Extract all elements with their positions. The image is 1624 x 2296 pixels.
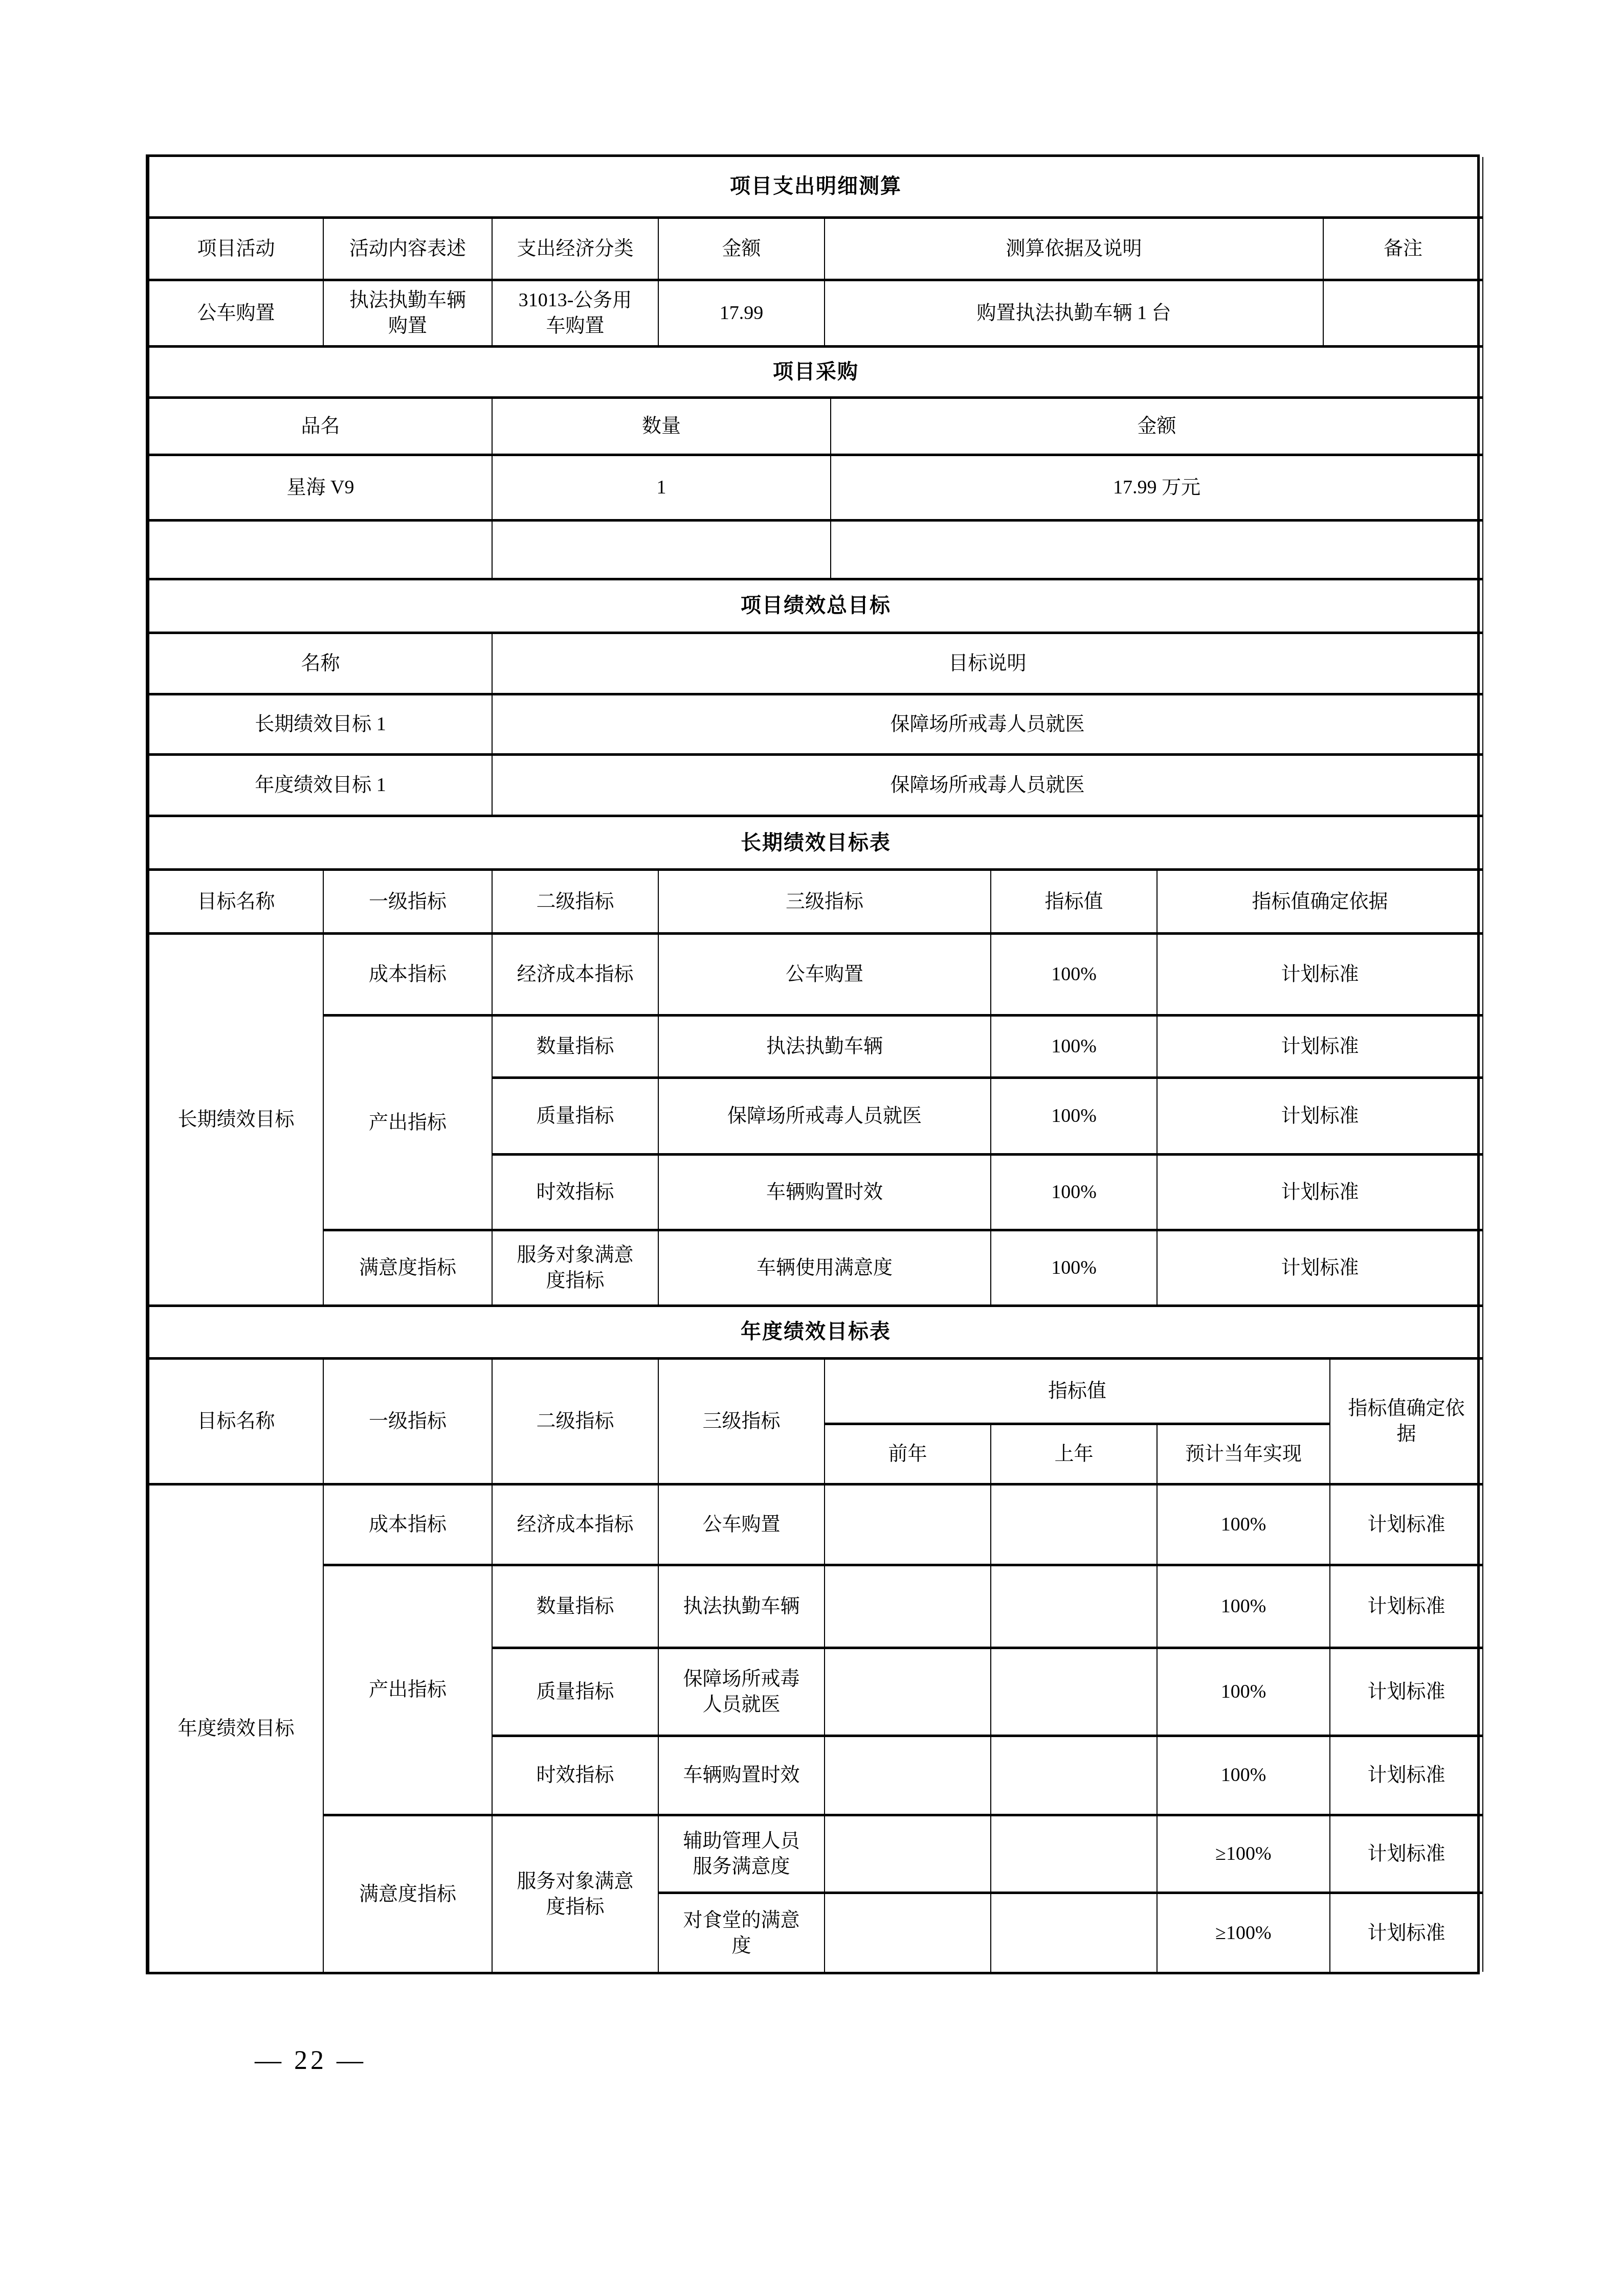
header-cell-year-before-last: 前年: [825, 1424, 991, 1484]
cell-year-before-last: [825, 1815, 991, 1893]
cell-level1: 成本指标: [323, 1484, 492, 1565]
budget-tables: 项目支出明细测算 项目活动 活动内容表述 支出经济分类 金额 测算依据及说明 备…: [146, 154, 1480, 1974]
cell-level2: 质量指标: [492, 1078, 658, 1155]
cell-value-basis: 计划标准: [1330, 1565, 1483, 1648]
cell-level3: 执法执勤车辆: [658, 1565, 825, 1648]
header-cell-amount: 金额: [658, 217, 825, 280]
cell-level3: 保障场所戒毒人员就医: [658, 1078, 991, 1155]
table-row: 年度绩效目标 1 保障场所戒毒人员就医: [149, 754, 1483, 815]
cell-level2: 服务对象满意 度指标: [492, 1230, 658, 1304]
cell-level1: 产出指标: [323, 1565, 492, 1815]
cell-level1: 成本指标: [323, 934, 492, 1016]
cell-item-name: [149, 521, 492, 578]
header-cell-item-name: 品名: [149, 398, 492, 455]
header-cell-value: 指标值: [991, 870, 1157, 934]
cell-last-year: [991, 1484, 1157, 1565]
table-row: 长期绩效目标 1 保障场所戒毒人员就医: [149, 694, 1483, 754]
overall-goal-table-title: 项目绩效总目标: [149, 579, 1483, 633]
header-cell-expected-current: 预计当年实现: [1157, 1424, 1330, 1484]
header-cell-goal-name: 目标名称: [149, 1358, 323, 1484]
cell-expected-current: ≥100%: [1157, 1815, 1330, 1893]
header-cell-level3: 三级指标: [658, 870, 991, 934]
cell-value-basis: 计划标准: [1330, 1815, 1483, 1893]
cell-amount: [831, 521, 1483, 578]
table-row: 产出指标 数量指标 执法执勤车辆 100% 计划标准: [149, 1016, 1483, 1078]
table-row-empty: [149, 521, 1483, 578]
cell-level3: 保障场所戒毒 人员就医: [658, 1648, 825, 1736]
cell-level1: 满意度指标: [323, 1230, 492, 1304]
cell-level3: 对食堂的满意 度: [658, 1893, 825, 1972]
table-row: 星海 V9 1 17.99 万元: [149, 455, 1483, 521]
cell-level2: 时效指标: [492, 1155, 658, 1230]
header-cell-name: 名称: [149, 633, 492, 694]
cell-level3: 公车购置: [658, 1484, 825, 1565]
cell-last-year: [991, 1736, 1157, 1815]
cell-value-basis: 计划标准: [1330, 1736, 1483, 1815]
header-cell-level3: 三级指标: [658, 1358, 825, 1484]
cell-value-basis: 计划标准: [1157, 1016, 1483, 1078]
overall-goal-table: 项目绩效总目标 名称 目标说明 长期绩效目标 1 保障场所戒毒人员就医 年度绩效…: [148, 578, 1483, 815]
cell-level3: 车辆购置时效: [658, 1155, 991, 1230]
cell-level3: 辅助管理人员 服务满意度: [658, 1815, 825, 1893]
cell-quantity: 1: [492, 455, 831, 521]
cell-amount: 17.99: [658, 280, 825, 345]
cell-expected-current: 100%: [1157, 1565, 1330, 1648]
header-cell-content: 活动内容表述: [323, 217, 492, 280]
cell-goal-desc: 保障场所戒毒人员就医: [492, 694, 1483, 754]
header-cell-goal-desc: 目标说明: [492, 633, 1483, 694]
header-cell-goal-name: 目标名称: [149, 870, 323, 934]
cell-value: 100%: [991, 1230, 1157, 1304]
cell-value-basis: 计划标准: [1157, 1078, 1483, 1155]
cell-year-before-last: [825, 1484, 991, 1565]
procurement-table: 项目采购 品名 数量 金额 星海 V9 1 17.99 万元: [148, 345, 1483, 578]
cell-year-before-last: [825, 1893, 991, 1972]
header-cell-note: 备注: [1323, 217, 1483, 280]
cell-goal-name: 年度绩效目标: [149, 1484, 323, 1972]
cell-year-before-last: [825, 1736, 991, 1815]
cell-value-basis: 计划标准: [1157, 934, 1483, 1016]
cell-expected-current: 100%: [1157, 1736, 1330, 1815]
longterm-table-title: 长期绩效目标表: [149, 816, 1483, 870]
cell-level2: 服务对象满意 度指标: [492, 1815, 658, 1972]
cell-value-basis: 计划标准: [1330, 1484, 1483, 1565]
document-page: 项目支出明细测算 项目活动 活动内容表述 支出经济分类 金额 测算依据及说明 备…: [0, 0, 1624, 2296]
cell-goal-desc: 保障场所戒毒人员就医: [492, 754, 1483, 815]
cell-econ-class: 31013-公务用 车购置: [492, 280, 658, 345]
cell-last-year: [991, 1815, 1157, 1893]
cell-amount: 17.99 万元: [831, 455, 1483, 521]
table-row: 年度绩效目标 成本指标 经济成本指标 公车购置 100% 计划标准: [149, 1484, 1483, 1565]
cell-value: 100%: [991, 1016, 1157, 1078]
expense-detail-table: 项目支出明细测算 项目活动 活动内容表述 支出经济分类 金额 测算依据及说明 备…: [148, 157, 1483, 345]
annual-goal-table: 年度绩效目标表 目标名称 一级指标 二级指标 三级指标 指标值 指标值确定依 据…: [148, 1304, 1483, 1972]
cell-value-basis: 计划标准: [1157, 1155, 1483, 1230]
header-cell-last-year: 上年: [991, 1424, 1157, 1484]
cell-quantity: [492, 521, 831, 578]
table-row: 长期绩效目标 成本指标 经济成本指标 公车购置 100% 计划标准: [149, 934, 1483, 1016]
cell-item-name: 星海 V9: [149, 455, 492, 521]
header-cell-value-group: 指标值: [825, 1358, 1330, 1424]
cell-level2: 数量指标: [492, 1565, 658, 1648]
header-cell-value-basis: 指标值确定依据: [1157, 870, 1483, 934]
annual-table-title: 年度绩效目标表: [149, 1305, 1483, 1358]
expense-table-title: 项目支出明细测算: [149, 157, 1483, 217]
cell-content: 执法执勤车辆 购置: [323, 280, 492, 345]
cell-level3: 公车购置: [658, 934, 991, 1016]
cell-expected-current: ≥100%: [1157, 1893, 1330, 1972]
header-cell-value-basis: 指标值确定依 据: [1330, 1358, 1483, 1484]
cell-level1: 产出指标: [323, 1016, 492, 1230]
header-cell-level1: 一级指标: [323, 1358, 492, 1484]
page-number: — 22 —: [255, 2045, 366, 2076]
cell-level1: 满意度指标: [323, 1815, 492, 1972]
cell-level2: 数量指标: [492, 1016, 658, 1078]
cell-level3: 执法执勤车辆: [658, 1016, 991, 1078]
cell-value-basis: 计划标准: [1157, 1230, 1483, 1304]
cell-level3: 车辆购置时效: [658, 1736, 825, 1815]
cell-year-before-last: [825, 1565, 991, 1648]
table-row: 公车购置 执法执勤车辆 购置 31013-公务用 车购置 17.99 购置执法执…: [149, 280, 1483, 345]
cell-note: [1323, 280, 1483, 345]
cell-goal-name: 年度绩效目标 1: [149, 754, 492, 815]
table-row: 满意度指标 服务对象满意 度指标 辅助管理人员 服务满意度 ≥100% 计划标准: [149, 1815, 1483, 1893]
header-cell-basis: 测算依据及说明: [825, 217, 1323, 280]
cell-expected-current: 100%: [1157, 1484, 1330, 1565]
cell-year-before-last: [825, 1648, 991, 1736]
header-cell-amount: 金额: [831, 398, 1483, 455]
cell-level2: 经济成本指标: [492, 934, 658, 1016]
cell-last-year: [991, 1565, 1157, 1648]
header-cell-quantity: 数量: [492, 398, 831, 455]
cell-value-basis: 计划标准: [1330, 1648, 1483, 1736]
cell-goal-name: 长期绩效目标 1: [149, 694, 492, 754]
header-cell-level2: 二级指标: [492, 1358, 658, 1484]
header-cell-level2: 二级指标: [492, 870, 658, 934]
longterm-goal-table: 长期绩效目标表 目标名称 一级指标 二级指标 三级指标 指标值 指标值确定依据 …: [148, 815, 1483, 1304]
cell-expected-current: 100%: [1157, 1648, 1330, 1736]
header-cell-level1: 一级指标: [323, 870, 492, 934]
cell-basis: 购置执法执勤车辆 1 台: [825, 280, 1323, 345]
header-cell-econ-class: 支出经济分类: [492, 217, 658, 280]
cell-last-year: [991, 1648, 1157, 1736]
cell-value: 100%: [991, 934, 1157, 1016]
table-row: 满意度指标 服务对象满意 度指标 车辆使用满意度 100% 计划标准: [149, 1230, 1483, 1304]
cell-value: 100%: [991, 1155, 1157, 1230]
table-row: 产出指标 数量指标 执法执勤车辆 100% 计划标准: [149, 1565, 1483, 1648]
cell-level2: 时效指标: [492, 1736, 658, 1815]
procurement-table-title: 项目采购: [149, 347, 1483, 398]
cell-level2: 质量指标: [492, 1648, 658, 1736]
cell-activity: 公车购置: [149, 280, 323, 345]
cell-value-basis: 计划标准: [1330, 1893, 1483, 1972]
cell-level2: 经济成本指标: [492, 1484, 658, 1565]
cell-last-year: [991, 1893, 1157, 1972]
header-cell-activity: 项目活动: [149, 217, 323, 280]
cell-goal-name: 长期绩效目标: [149, 934, 323, 1304]
cell-level3: 车辆使用满意度: [658, 1230, 991, 1304]
cell-value: 100%: [991, 1078, 1157, 1155]
